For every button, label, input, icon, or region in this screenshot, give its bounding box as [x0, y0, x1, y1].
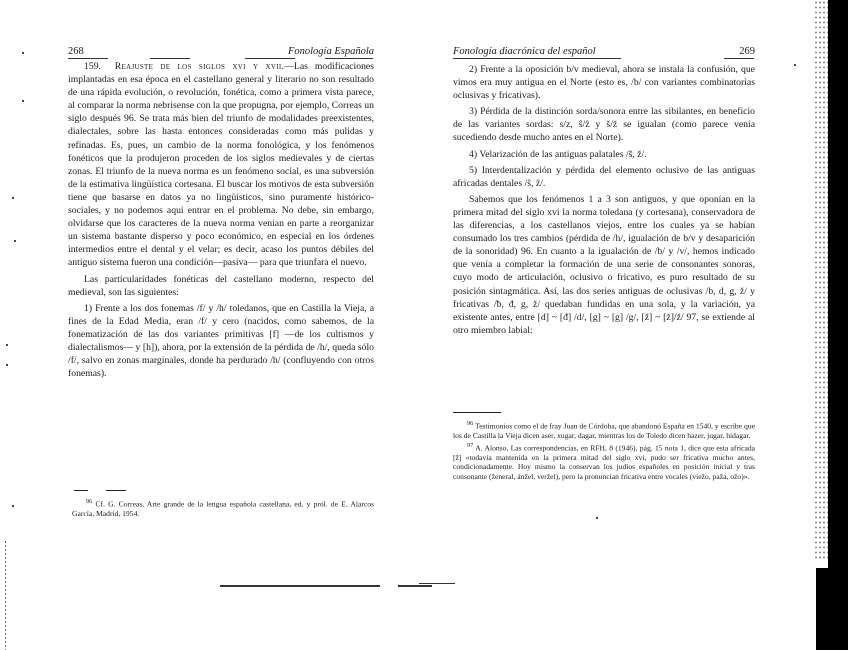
- left-body-text: 159. Reajuste de los siglos xvi y xvii.—…: [68, 60, 374, 380]
- header-rule: [245, 58, 295, 59]
- bottom-rule: [220, 585, 380, 587]
- scan-edge-noise: [4, 540, 8, 650]
- scan-speck: [12, 197, 14, 199]
- scan-speck: [794, 64, 796, 66]
- right-page: Fonología diacrónica del español 269 2) …: [424, 0, 848, 650]
- left-running-title: Fonología Española: [288, 46, 374, 57]
- paragraph: 3) Pérdida de la distinción sorda/sonora…: [453, 105, 755, 144]
- footnote-text: Cf. G. Correas, Arte grande de la lengua…: [72, 500, 374, 519]
- left-running-head: 268 Fonología Española: [68, 46, 374, 57]
- paragraph: 5) Interdentalización y pérdida del elem…: [453, 164, 755, 190]
- paragraph: 1) Frente a los dos fonemas /f/ y /h/ to…: [68, 302, 374, 381]
- footnote: 96 Testimonios como el de fray Juan de C…: [453, 419, 755, 441]
- scan-speck: [12, 505, 14, 507]
- header-rule: [68, 58, 108, 59]
- footnote-rule: [74, 490, 88, 491]
- footnote-text: A. Alonso, Las correspondencias, en RFH,…: [453, 443, 755, 481]
- footnote-marker: 96: [86, 498, 92, 505]
- footnote-marker: 97: [467, 442, 473, 449]
- paragraph-text: —Las modificaciones implantadas en esa é…: [68, 61, 374, 268]
- paragraph: 4) Velarización de las antiguas palatale…: [453, 148, 755, 161]
- scan-speck: [6, 344, 8, 346]
- footnote-marker: 96: [467, 420, 473, 427]
- right-running-title: Fonología diacrónica del español: [453, 46, 596, 57]
- section-number: 159.: [84, 61, 101, 72]
- paragraph: Sabemos que los fenómenos 1 a 3 son anti…: [453, 193, 755, 337]
- left-footnotes: 96 Cf. G. Correas, Arte grande de la len…: [72, 497, 374, 519]
- header-rule: [724, 58, 754, 59]
- scan-speck: [6, 364, 8, 366]
- scan-speck: [596, 517, 598, 519]
- right-page-number: 269: [739, 46, 755, 57]
- header-rule: [325, 58, 373, 59]
- scan-dark-edge: [828, 0, 848, 650]
- footnote-rule: [453, 412, 501, 413]
- paragraph-159: 159. Reajuste de los siglos xvi y xvii.—…: [68, 60, 374, 270]
- footnote: 96 Cf. G. Correas, Arte grande de la len…: [72, 497, 374, 519]
- scan-dark-edge: [816, 568, 848, 650]
- header-rule: [453, 58, 621, 59]
- left-page: 268 Fonología Española 159. Reajuste de …: [0, 0, 424, 650]
- footnote-text: Testimonios como el de fray Juan de Córd…: [453, 422, 755, 441]
- header-rule: [150, 58, 190, 59]
- right-footnotes: 96 Testimonios como el de fray Juan de C…: [453, 419, 755, 482]
- scan-speck: [14, 240, 16, 242]
- section-heading: Reajuste de los siglos xvi y xvii.: [115, 61, 284, 72]
- bottom-rule: [398, 585, 432, 587]
- scan-edge-noise: [814, 0, 828, 560]
- paragraph: 2) Frente a la oposición b/v medieval, a…: [453, 63, 755, 102]
- footnote: 97 A. Alonso, Las correspondencias, en R…: [453, 441, 755, 482]
- scan-speck: [22, 100, 24, 102]
- left-page-number: 268: [68, 46, 84, 57]
- bottom-rule: [419, 583, 455, 584]
- right-body-text: 2) Frente a la oposición b/v medieval, a…: [453, 63, 755, 337]
- footnote-rule: [106, 490, 126, 491]
- paragraph: Las particularidades fonéticas del caste…: [68, 273, 374, 299]
- right-running-head: Fonología diacrónica del español 269: [453, 46, 755, 57]
- scan-speck: [22, 52, 24, 54]
